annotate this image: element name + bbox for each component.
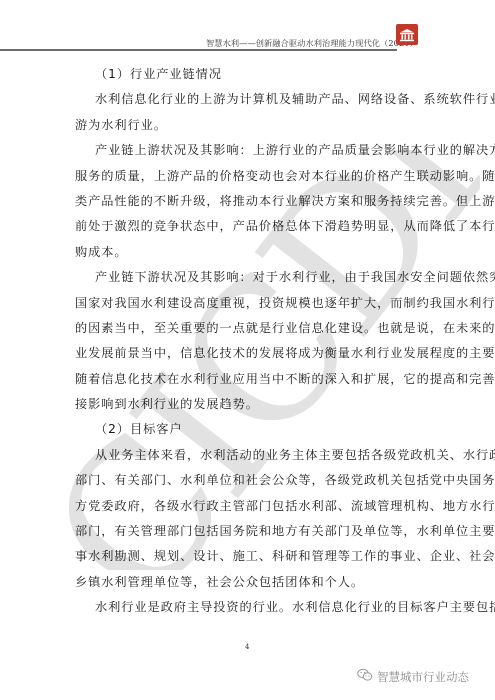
wechat-icon	[357, 668, 373, 685]
page-number: 4	[245, 643, 249, 651]
document-body: （1）行业产业链情况 水利信息化行业的上游为计算机及辅助产品、网络设备、系统软件…	[75, 62, 425, 621]
paragraph-line: 产业链上游状况及其影响：上游行业的产品质量会影响本行业的解决方案和	[75, 138, 425, 163]
paragraph-line: 游为水利行业。	[75, 113, 425, 138]
paragraph-line: 服务的质量，上游产品的价格变动也会对本行业的价格产生联动影响。随着电子	[75, 164, 425, 189]
paragraph-line: 类产品性能的不断升级，将推动本行业解决方案和服务持续完善。但上游行业当	[75, 189, 425, 214]
paragraph-line: 事水利勘测、规划、设计、施工、科研和管理等工作的事业、企业、社会团体、	[75, 544, 425, 569]
paragraph-line: 前处于激烈的竞争状态中，产品价格总体下滑趋势明显，从而降低了本行业的采	[75, 214, 425, 239]
building-columns-icon	[396, 24, 418, 45]
header-divider	[0, 49, 397, 51]
paragraph-line: 购成本。	[75, 240, 425, 265]
paragraph-line: 从业务主体来看，水利活动的业务主体主要包括各级党政机关、水行政主管	[75, 443, 425, 468]
paragraph-line: 的因素当中，至关重要的一点就是行业信息化建设。也就是说，在未来的水利行	[75, 316, 425, 341]
paragraph-line: 随着信息化技术在水利行业应用当中不断的深入和扩展，它的提高和完善必将直	[75, 367, 425, 392]
footer-brand: 智慧城市行业动态	[357, 668, 469, 685]
paragraph-line: 部门，有关管理部门包括国务院和地方有关部门及单位等，水利单位主要包括从	[75, 519, 425, 544]
header-title: 智慧水利——创新融合驱动水利治理能力现代化（2021）	[206, 38, 418, 49]
paragraph-line: 水利行业是政府主导投资的行业。水利信息化行业的目标客户主要包括多个	[75, 595, 425, 620]
paragraph-line: 产业链下游状况及其影响：对于水利行业，由于我国水安全问题依然突出，	[75, 265, 425, 290]
section-heading: （2）目标客户	[75, 417, 425, 442]
paragraph-line: 方党委政府，各级水行政主管部门包括水利部、流域管理机构、地方水行政主管	[75, 494, 425, 519]
paragraph-line: 业发展前景当中，信息化技术的发展将成为衡量水利行业发展程度的主要标准，	[75, 341, 425, 366]
section-heading: （1）行业产业链情况	[75, 62, 425, 87]
paragraph-line: 国家对我国水利建设高度重视，投资规模也逐年扩大，而制约我国水利行业发展	[75, 291, 425, 316]
paragraph-line: 部门、有关部门、水利单位和社会公众等，各级党政机关包括党中央国务院、地	[75, 468, 425, 493]
paragraph-line: 接影响到水利行业的发展趋势。	[75, 392, 425, 417]
footer-brand-text: 智慧城市行业动态	[377, 669, 469, 685]
paragraph-line: 乡镇水利管理单位等，社会公众包括团体和个人。	[75, 570, 425, 595]
paragraph-line: 水利信息化行业的上游为计算机及辅助产品、网络设备、系统软件行业，下	[75, 87, 425, 112]
